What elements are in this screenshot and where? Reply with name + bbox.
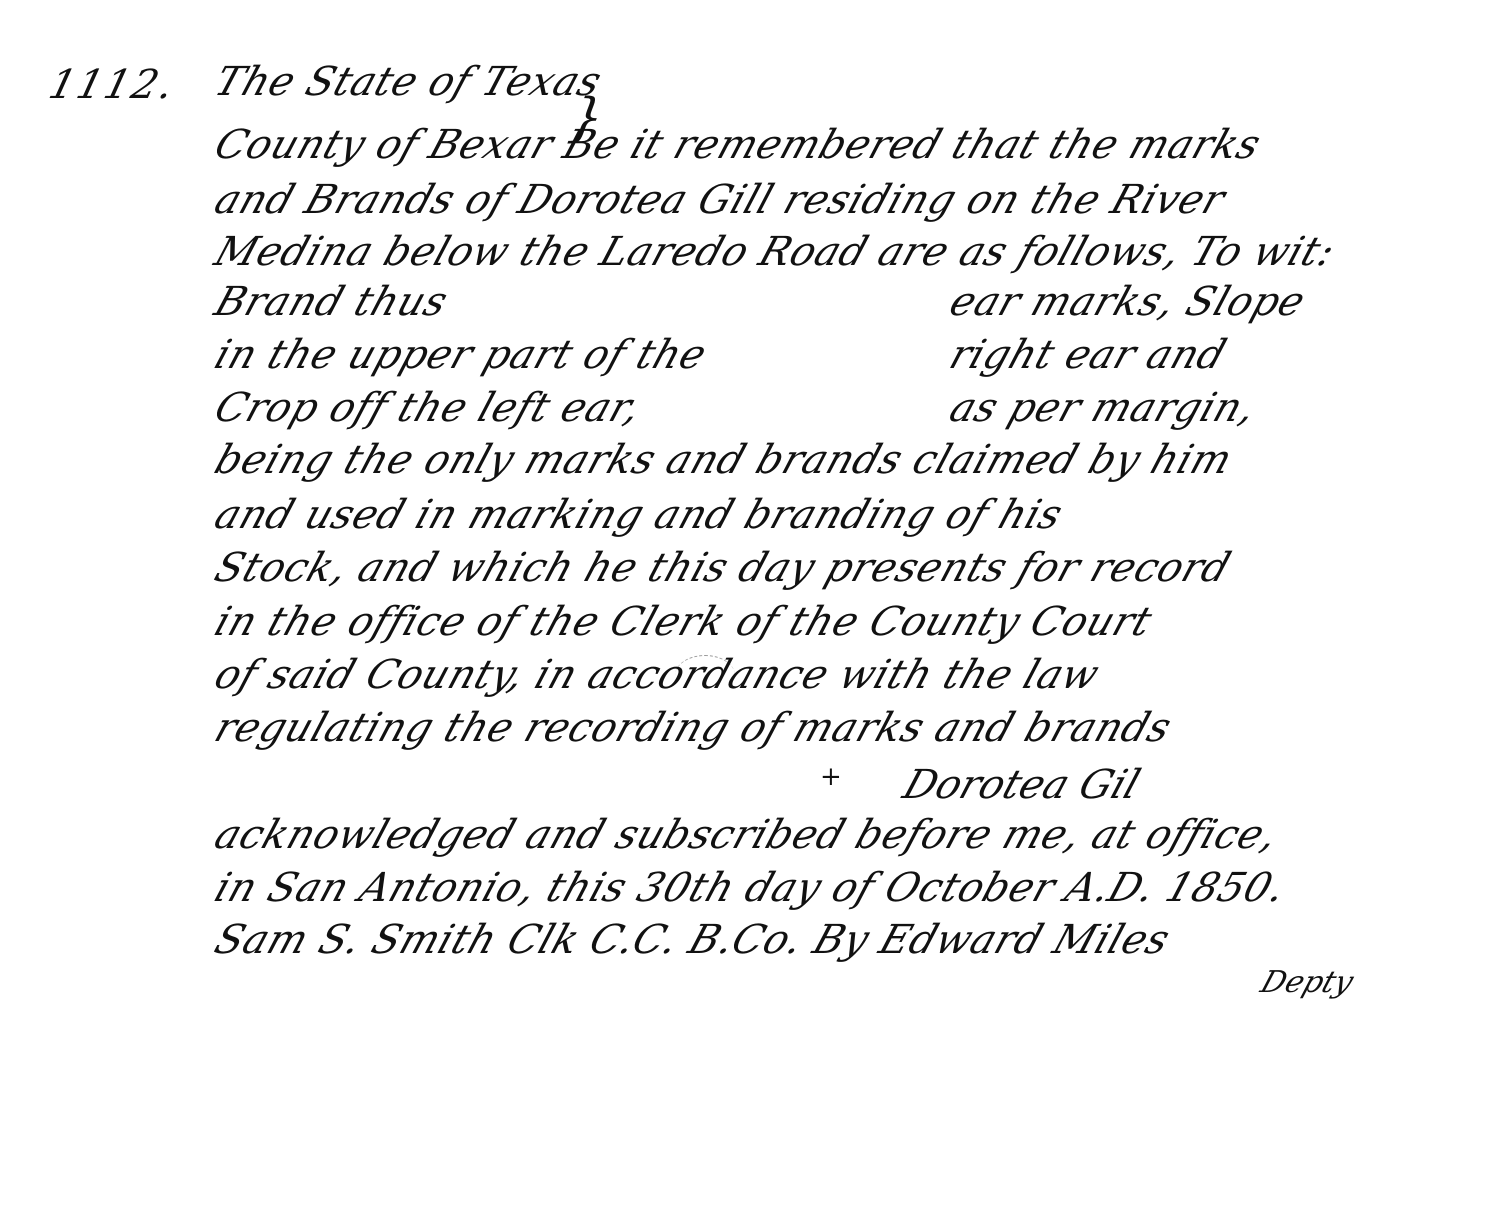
text-line-3: Medina below the Laredo Road are as foll…	[210, 232, 1340, 272]
text-line-9: Stock, and which he this day presents fo…	[210, 548, 1235, 588]
deputy-label: Depty	[1256, 965, 1357, 1000]
acknowledgement-line-1: acknowledged and subscribed before me, a…	[210, 815, 1283, 855]
acknowledgement-line-2: in San Antonio, this 30th day of October…	[210, 868, 1291, 908]
brand-location: in the upper part of the	[210, 335, 711, 375]
earmark-description-2: right ear and	[945, 335, 1231, 375]
signature-name: Dorotea Gil	[898, 762, 1146, 808]
text-line-7: being the only marks and brands claimed …	[210, 440, 1237, 480]
handwritten-record-page: 1112. The State of Texas } County of Bex…	[0, 0, 1500, 1230]
signature-mark: +	[820, 762, 842, 792]
heading-state: The State of Texas	[210, 62, 606, 102]
text-line-2: and Brands of Dorotea Gill residing on t…	[210, 180, 1230, 220]
text-line-8: and used in marking and branding of his	[210, 495, 1067, 535]
record-number: 1112.	[44, 62, 180, 108]
crop-description: Crop off the left ear,	[210, 388, 646, 428]
earmark-description-1: ear marks, Slope	[945, 282, 1310, 322]
clerk-signature-line: Sam S. Smith Clk C.C. B.Co. By Edward Mi…	[210, 920, 1175, 960]
text-line-11: of said County, in accordance with the l…	[210, 655, 1104, 695]
text-line-10: in the office of the Clerk of the County…	[210, 602, 1157, 642]
brand-description: Brand thus	[210, 282, 453, 322]
earmark-description-3: as per margin,	[945, 388, 1261, 428]
text-line-12: regulating the recording of marks and br…	[210, 708, 1176, 748]
text-line-1: County of Bexar Be it remembered that th…	[210, 125, 1265, 165]
